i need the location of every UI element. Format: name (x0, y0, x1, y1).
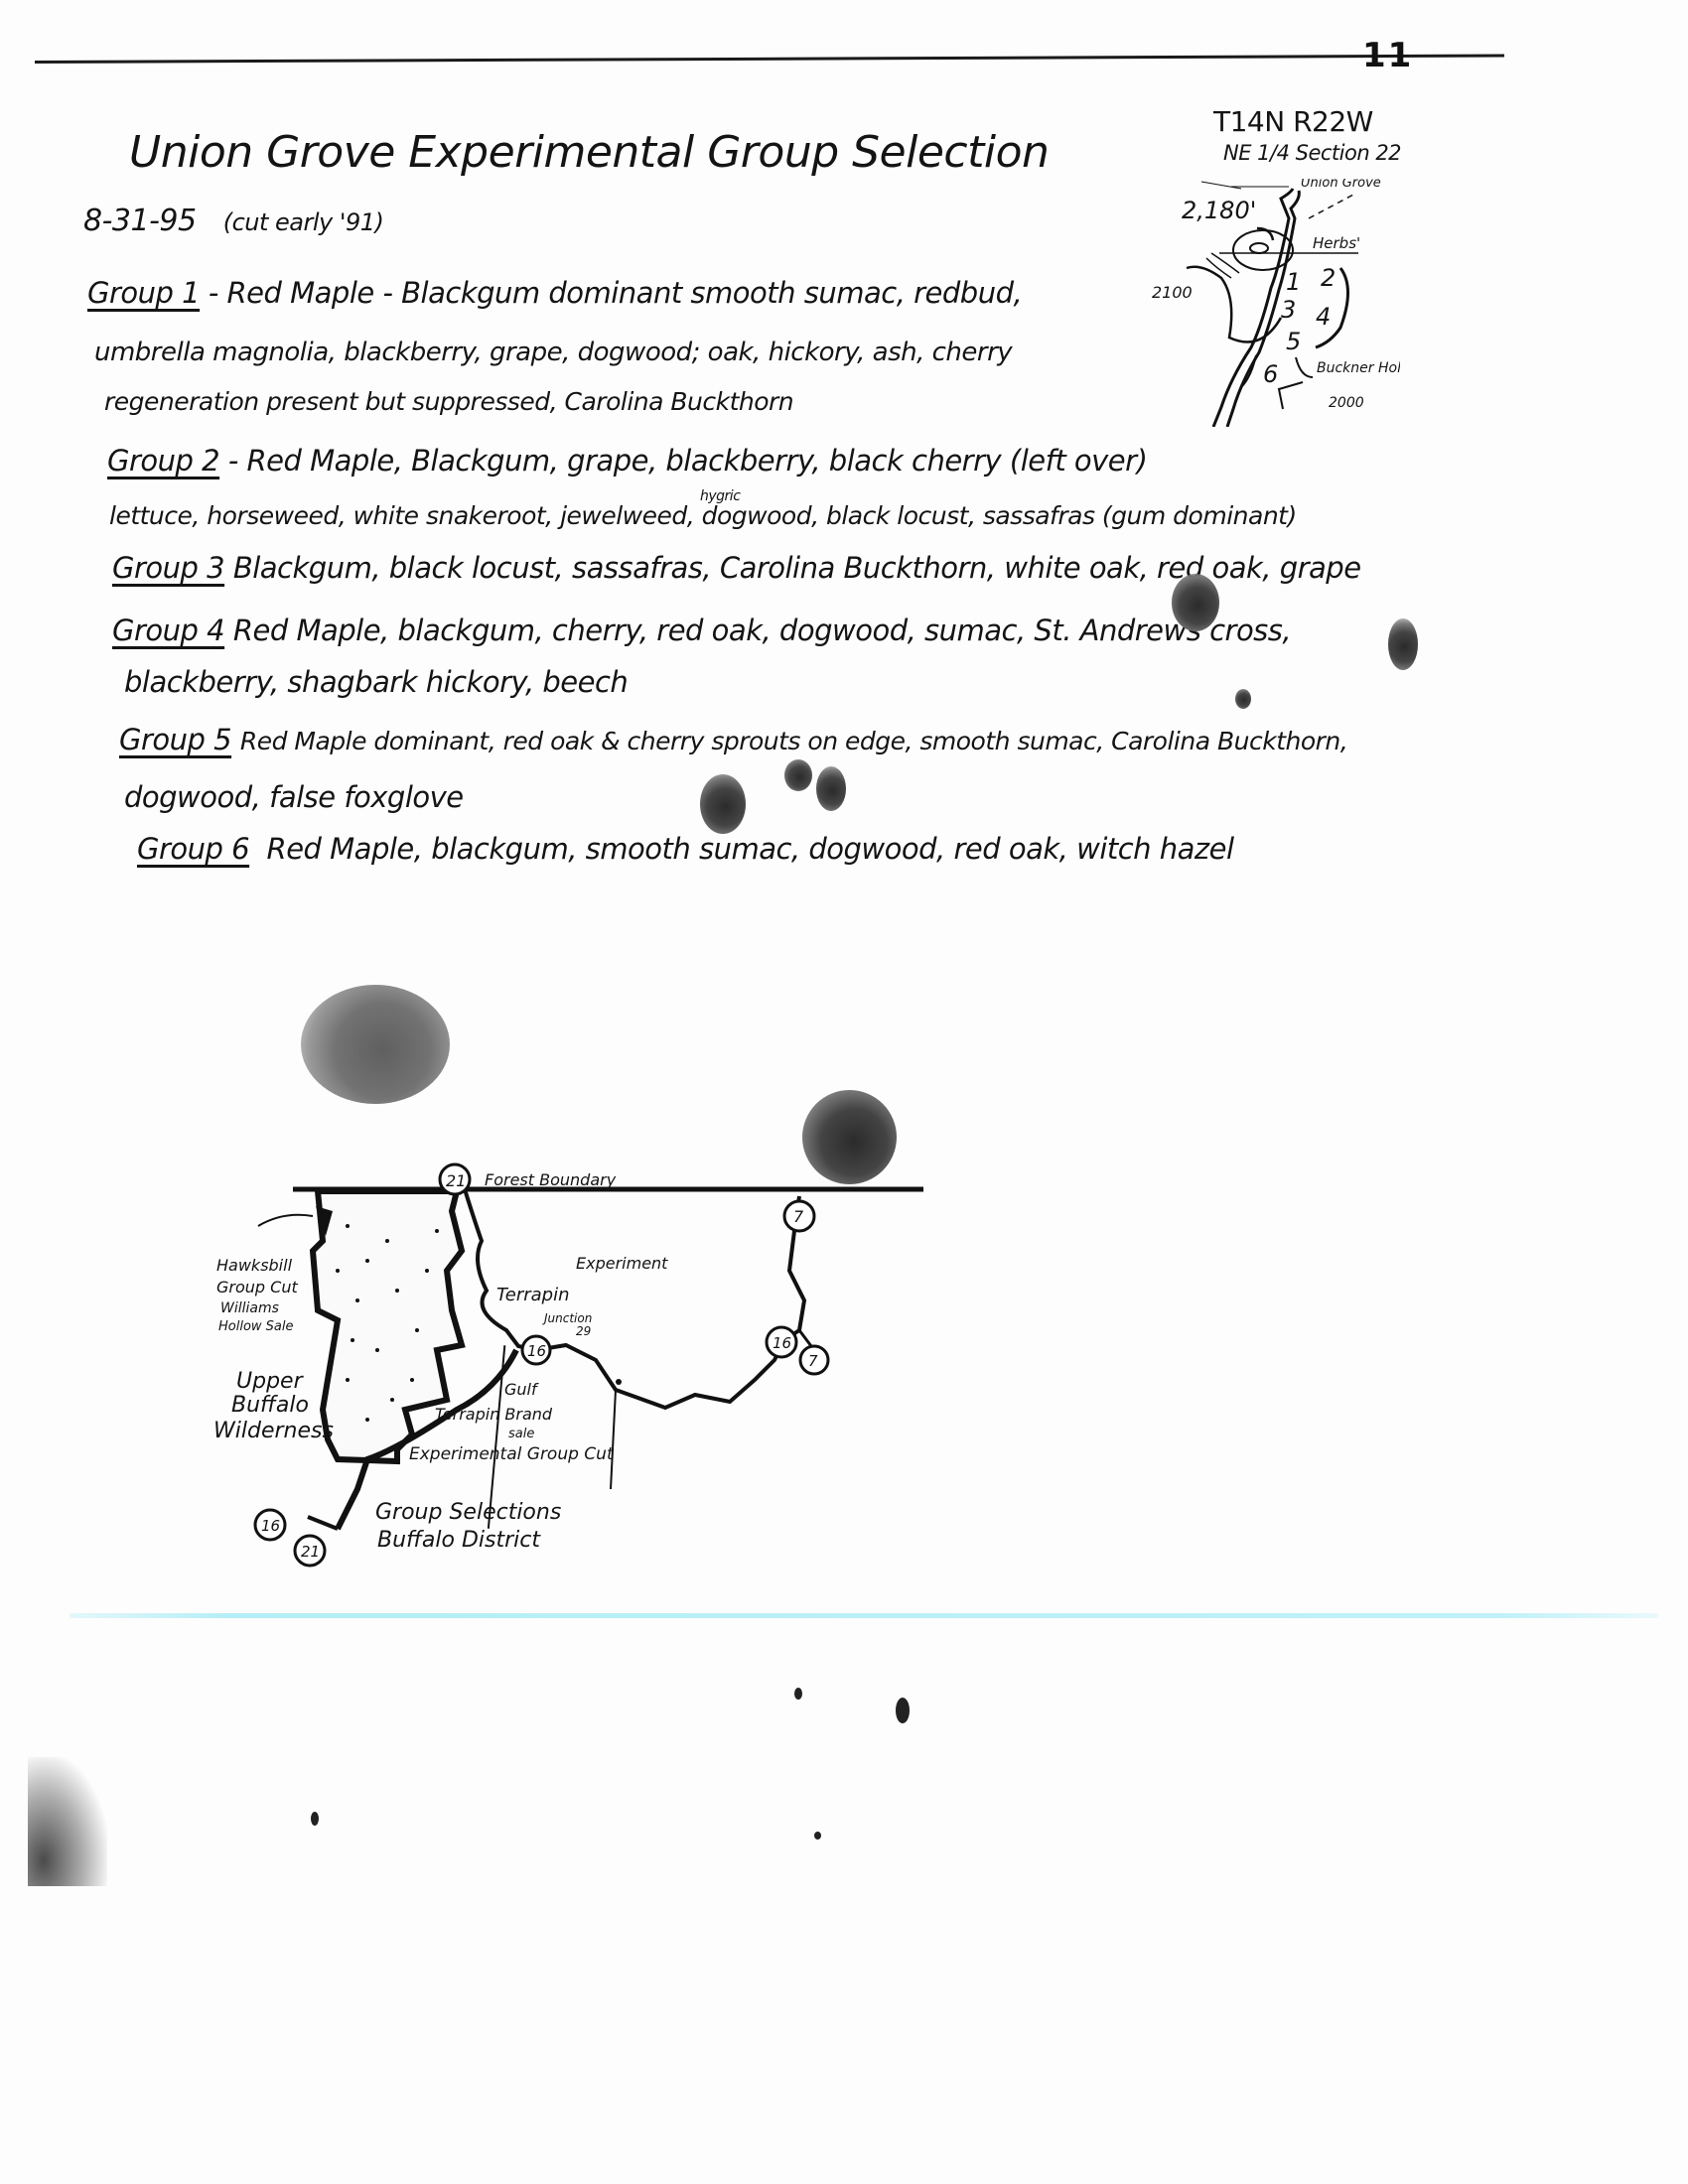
experiment-label: Experiment (576, 1254, 668, 1273)
group-3-line-1: Group 3 Blackgum, black locust, sassafra… (112, 551, 1361, 585)
experimental-group-cut-label: Experimental Group Cut (409, 1444, 615, 1464)
hawksbill-label: Hawksbill (216, 1256, 293, 1275)
route-marker: 21 (301, 1543, 320, 1561)
ink-blot (1172, 574, 1219, 631)
group-5-line-1: Group 5 Red Maple dominant, red oak & ch… (119, 723, 1347, 756)
union-grove-label: Union Grove (1301, 179, 1381, 191)
speck (814, 1832, 821, 1840)
ink-blot (1388, 618, 1418, 670)
junction-number: 29 (576, 1324, 591, 1338)
wilderness-label-3: Wilderness (213, 1419, 334, 1443)
plot-2: 2 (1321, 264, 1336, 292)
route-marker: 21 (446, 1171, 466, 1190)
plot-1: 1 (1286, 268, 1301, 296)
group-6-label: Group 6 (137, 832, 249, 866)
plot-6: 6 (1263, 360, 1278, 388)
elevation-2180: 2,180' (1182, 197, 1256, 224)
group-4-label: Group 4 (112, 614, 224, 647)
map-caption-2: Buffalo District (377, 1528, 541, 1553)
ink-blot (816, 766, 846, 811)
date: 8-31-95 (83, 204, 197, 238)
wilderness-label-2: Buffalo (231, 1393, 309, 1418)
site-sketch: 1 2 3 4 5 6 2,180' 2100 2000 Union Grove… (1142, 179, 1400, 427)
ink-blot (700, 774, 746, 834)
group-2-line-1: Group 2 - Red Maple, Blackgum, grape, bl… (107, 444, 1147, 478)
elevation-2100: 2100 (1152, 283, 1193, 302)
top-rule (35, 55, 1504, 64)
group-4-line-2: blackberry, shagbark hickory, beech (124, 665, 628, 699)
route-marker: 7 (808, 1352, 818, 1370)
date-line: 8-31-95 (cut early '91) (83, 204, 383, 238)
plot-3: 3 (1281, 296, 1296, 324)
speck (311, 1812, 319, 1826)
group-4-line-1: Group 4 Red Maple, blackgum, cherry, red… (112, 614, 1291, 647)
township-range: T14N R22W (1213, 105, 1373, 138)
route-marker: 16 (527, 1342, 546, 1360)
gulf-label: Gulf (504, 1380, 539, 1399)
terrapin-label: Terrapin (496, 1285, 570, 1305)
scanned-page: 11 Union Grove Experimental Group Select… (0, 0, 1688, 2184)
speck (896, 1698, 910, 1723)
junction-label: Junction (542, 1311, 592, 1325)
group-cut-label: Group Cut (216, 1278, 298, 1297)
group-2-line-2: lettuce, horseweed, white snakeroot, jew… (109, 501, 1297, 530)
group-3-label: Group 3 (112, 551, 224, 585)
group-5-label: Group 5 (119, 723, 231, 756)
ink-blot (301, 985, 450, 1104)
terrapin-brand-label: Terrapin Brand (435, 1405, 553, 1424)
group-2-label: Group 2 (107, 444, 219, 478)
date-note: (cut early '91) (223, 208, 384, 236)
forest-boundary-label: Forest Boundary (485, 1170, 617, 1189)
scan-smudge (28, 1757, 107, 1886)
route-marker: 16 (261, 1517, 280, 1535)
page-title: Union Grove Experimental Group Selection (129, 127, 1049, 178)
route-marker: 7 (793, 1207, 804, 1226)
group-1-line-2: umbrella magnolia, blackberry, grape, do… (94, 338, 1012, 367)
map-caption-1: Group Selections (375, 1500, 561, 1525)
group-1-label: Group 1 (87, 276, 200, 310)
plot-4: 4 (1316, 303, 1331, 331)
wilderness-label-1: Upper (236, 1369, 305, 1394)
herbs-label: Herbs' (1313, 234, 1360, 252)
hollow-label: Buckner Hollow (1317, 360, 1400, 376)
plot-5: 5 (1286, 328, 1301, 355)
speck (794, 1688, 802, 1700)
hollow-sale-label: Hollow Sale (218, 1319, 294, 1334)
district-map: 21 16 16 21 7 16 7 Forest Boundary Hawks… (199, 1152, 953, 1588)
williams-label: Williams (220, 1300, 279, 1316)
group-1-line-3: regeneration present but suppressed, Car… (104, 387, 793, 416)
group-6-line-1: Group 6 Red Maple, blackgum, smooth suma… (137, 832, 1234, 866)
sale-label: sale (508, 1427, 534, 1441)
ink-blot (784, 759, 812, 791)
section-label: NE 1/4 Section 22 (1223, 141, 1401, 165)
group-5-line-2: dogwood, false foxglove (124, 780, 464, 814)
elevation-2000: 2000 (1329, 395, 1364, 411)
page-number: 11 (1362, 36, 1413, 75)
group-1-line-1: Group 1 - Red Maple - Blackgum dominant … (87, 276, 1022, 310)
scan-artifact-line (70, 1613, 1658, 1618)
ink-blot (1235, 689, 1251, 709)
route-marker: 16 (773, 1334, 791, 1352)
